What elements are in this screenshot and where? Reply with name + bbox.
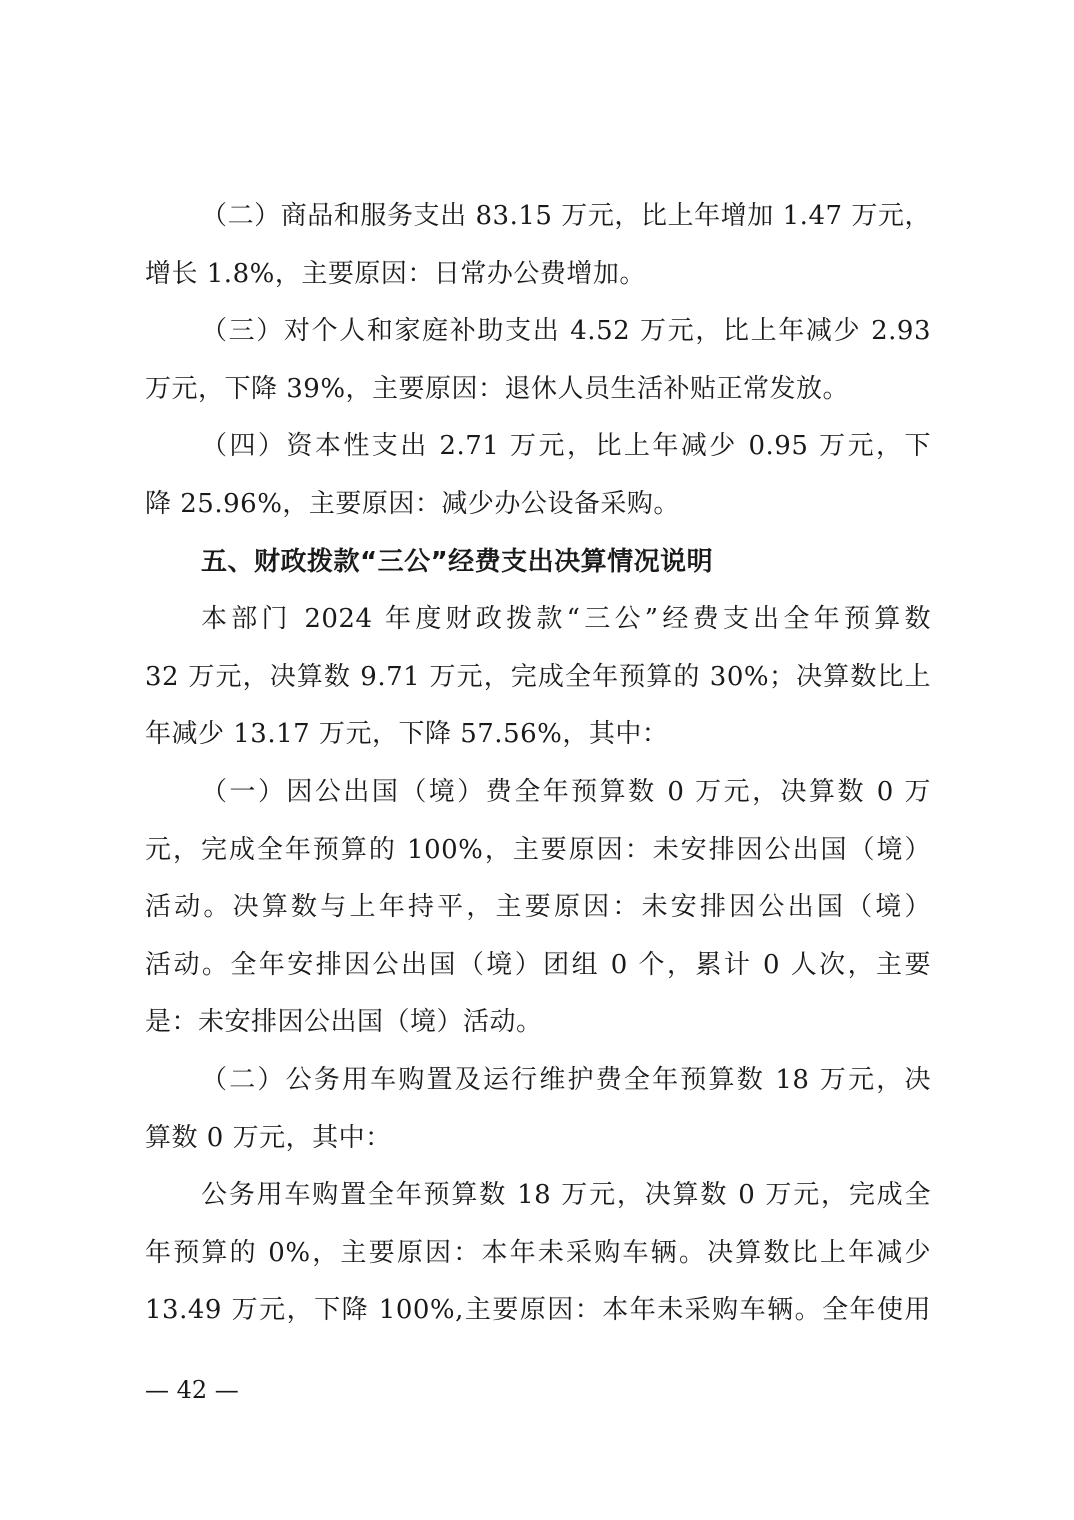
paragraph-goods-services-line-2: 增长 1.8%，主要原因：日常办公费增加。 [145, 254, 931, 312]
document-page: （二）商品和服务支出 83.15 万元，比上年增加 1.47 万元， 增长 1.… [0, 0, 1074, 1520]
paragraph-three-public-summary-line-1: 本部门 2024 年度财政拨款“三公”经费支出全年预算数 [145, 599, 931, 657]
body-text: （二）商品和服务支出 83.15 万元，比上年增加 1.47 万元， 增长 1.… [145, 196, 931, 1348]
paragraph-official-vehicles-line-1: （二）公务用车购置及运行维护费全年预算数 18 万元，决 [145, 1060, 931, 1118]
paragraph-subsidies-line-2: 万元，下降 39%，主要原因：退休人员生活补贴正常发放。 [145, 369, 931, 427]
paragraph-vehicle-purchase-line-1: 公务用车购置全年预算数 18 万元，决算数 0 万元，完成全 [145, 1175, 931, 1233]
paragraph-overseas-travel-line-1: （一）因公出国（境）费全年预算数 0 万元，决算数 0 万 [145, 772, 931, 830]
paragraph-capital-line-2: 降 25.96%，主要原因：减少办公设备采购。 [145, 484, 931, 542]
paragraph-overseas-travel-line-3: 活动。决算数与上年持平，主要原因：未安排因公出国（境） [145, 887, 931, 945]
paragraph-overseas-travel-line-5: 是：未安排因公出国（境）活动。 [145, 1002, 931, 1060]
paragraph-overseas-travel-line-4: 活动。全年安排因公出国（境）团组 0 个，累计 0 人次，主要 [145, 945, 931, 1003]
paragraph-goods-services-line-1: （二）商品和服务支出 83.15 万元，比上年增加 1.47 万元， [145, 196, 931, 254]
paragraph-three-public-summary-line-3: 年减少 13.17 万元，下降 57.56%，其中： [145, 714, 931, 772]
page-number: — 42 — [145, 1374, 239, 1406]
paragraph-subsidies-line-1: （三）对个人和家庭补助支出 4.52 万元，比上年减少 2.93 [145, 311, 931, 369]
paragraph-capital-line-1: （四）资本性支出 2.71 万元，比上年减少 0.95 万元，下 [145, 426, 931, 484]
paragraph-overseas-travel-line-2: 元，完成全年预算的 100%，主要原因：未安排因公出国（境） [145, 830, 931, 888]
paragraph-vehicle-purchase-line-3: 13.49 万元，下降 100%,主要原因：本年未采购车辆。全年使用 [145, 1290, 931, 1348]
paragraph-official-vehicles-line-2: 算数 0 万元，其中： [145, 1118, 931, 1176]
paragraph-vehicle-purchase-line-2: 年预算的 0%，主要原因：本年未采购车辆。决算数比上年减少 [145, 1233, 931, 1291]
section-heading-three-public-expenses: 五、财政拨款“三公”经费支出决算情况说明 [145, 542, 931, 600]
paragraph-three-public-summary-line-2: 32 万元，决算数 9.71 万元，完成全年预算的 30%；决算数比上 [145, 657, 931, 715]
